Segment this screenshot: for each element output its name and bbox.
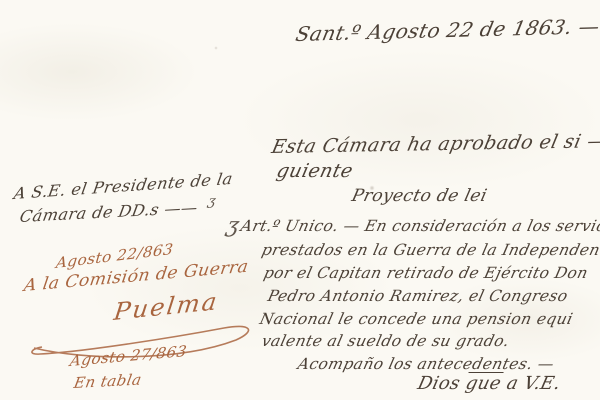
article-line-4: Pedro Antonio Ramirez, el Congreso [266, 287, 570, 305]
closing-line: Acompaño los antecedentes. — [296, 355, 556, 373]
margin-addressee-line-2: Cámara de DD.s —— [18, 198, 199, 226]
article-line-3: por el Capitan retirado de Ejército Don [262, 264, 590, 282]
margin-addressee-line-1: A S.E. el Presidente de la [12, 169, 234, 203]
article-line-2: prestados en la Guerra de la Independenc… [260, 241, 600, 259]
article-line-6: valente al sueldo de su grado. [260, 332, 511, 350]
valediction-pre: Dios [416, 373, 469, 394]
manuscript-page: Sant.º Agosto 22 de 1863. — Esta Cámara … [0, 0, 600, 400]
valediction: Dios gue a V.E. [416, 373, 563, 394]
body-heading: Proyecto de lei [350, 186, 489, 206]
article-line-1: Art.º Unico. — En consideración a los se… [239, 217, 600, 235]
body-opening-line-2: guiente [274, 160, 355, 182]
margin-tie-mark: ʒ [206, 194, 217, 209]
body-opening-line-1: Esta Cámara ha aprobado el si — [270, 130, 600, 158]
valediction-abbreviation: gue [464, 372, 504, 394]
dateline: Sant.º Agosto 22 de 1863. — [294, 14, 600, 46]
article-line-5: Nacional le concede una pension equi [258, 310, 575, 328]
valediction-post: a V.E. [499, 373, 563, 394]
session-note: En tabla [72, 371, 143, 392]
